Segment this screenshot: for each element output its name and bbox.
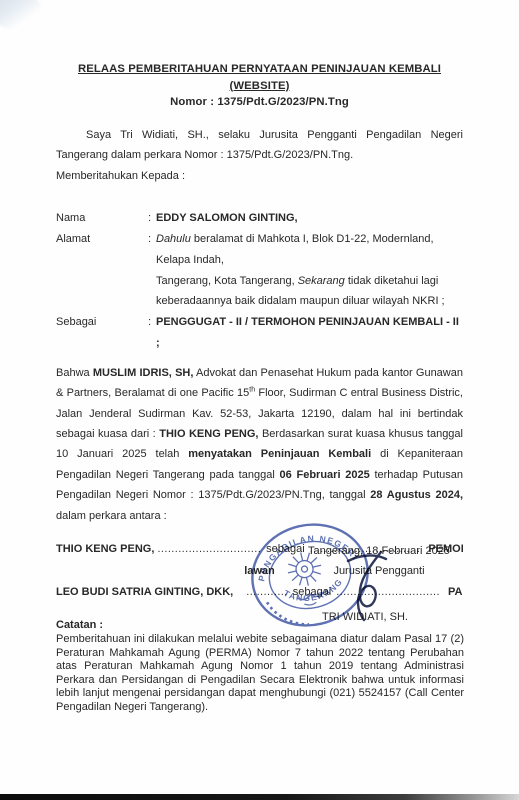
alamat-line2-rest: tidak diketahui lagi bbox=[345, 275, 439, 287]
document-title-line1: RELAAS PEMBERITAHUAN PERNYATAAN PENINJAU… bbox=[56, 61, 463, 78]
sebagai-label: Sebagai bbox=[56, 312, 148, 333]
signature-scribble bbox=[318, 548, 400, 622]
alamat-colon: : bbox=[148, 229, 156, 250]
intro-paragraph: Saya Tri Widiati, SH., selaku Jurusita P… bbox=[56, 125, 463, 166]
petitioner-name: THIO KENG PENG, bbox=[56, 543, 154, 555]
respondent-name: LEO BUDI SATRIA GINTING, DKK, bbox=[56, 586, 233, 598]
sebagai-value: PENGGUGAT - II / TERMOHON PENINJAUAN KEM… bbox=[156, 312, 463, 354]
nama-colon: : bbox=[148, 208, 156, 229]
alamat-word-sekarang: Sekarang bbox=[298, 275, 345, 287]
scan-corner-smudge bbox=[0, 0, 45, 34]
body-seg13: dalam perkara antara : bbox=[56, 510, 167, 522]
document-title-line2: (WEBSITE) bbox=[56, 78, 463, 95]
notify-line: Memberitahukan Kepada : bbox=[56, 166, 463, 187]
scanned-document-page: RELAAS PEMBERITAHUAN PERNYATAAN PENINJAU… bbox=[0, 0, 519, 800]
document-title-block: RELAAS PEMBERITAHUAN PERNYATAAN PENINJAU… bbox=[56, 0, 463, 111]
body-seg1: Bahwa bbox=[56, 367, 93, 379]
intro-section: Saya Tri Widiati, SH., selaku Jurusita P… bbox=[56, 125, 463, 187]
row-nama: Nama : EDDY SALOMON GINTING, bbox=[56, 208, 463, 229]
body-verdict-date: 28 Agustus 2024, bbox=[370, 489, 463, 501]
nama-value: EDDY SALOMON GINTING, bbox=[156, 208, 463, 229]
case-number: Nomor : 1375/Pdt.G/2023/PN.Tng bbox=[56, 94, 463, 111]
alamat-word-dahulu: Dahulu bbox=[156, 233, 191, 245]
row-alamat: Alamat : Dahulu beralamat di Mahkota I, … bbox=[56, 229, 463, 312]
scan-edge-bottom bbox=[0, 794, 519, 800]
alamat-label: Alamat bbox=[56, 229, 148, 250]
body-declaration-bold: menyatakan Peninjauan Kembali bbox=[188, 448, 371, 460]
document-content: RELAAS PEMBERITAHUAN PERNYATAAN PENINJAU… bbox=[56, 0, 463, 604]
nama-label: Nama bbox=[56, 208, 148, 229]
body-attorney-name: MUSLIM IDRIS, SH, bbox=[93, 367, 194, 379]
alamat-value: Dahulu beralamat di Mahkota I, Blok D1-2… bbox=[156, 229, 463, 312]
body-principal-name: THIO KENG PENG, bbox=[159, 428, 258, 440]
body-filing-date: 06 Februari 2025 bbox=[280, 469, 370, 481]
row-sebagai: Sebagai : PENGGUGAT - II / TERMOHON PENI… bbox=[56, 312, 463, 354]
alamat-line1-rest: beralamat di Mahkota I, Blok D1-22, Mode… bbox=[156, 233, 434, 266]
alamat-line2-pre: Tangerang, Kota Tangerang, bbox=[156, 275, 298, 287]
alamat-line3: keberadaannya baik didalam maupun diluar… bbox=[156, 295, 445, 307]
note-body: Pemberitahuan ini dilakukan melalui webi… bbox=[56, 633, 464, 714]
body-paragraph: Bahwa MUSLIM IDRIS, SH, Advokat dan Pena… bbox=[56, 363, 463, 526]
sebagai-colon: : bbox=[148, 312, 156, 333]
recipient-details: Nama : EDDY SALOMON GINTING, Alamat : Da… bbox=[56, 208, 463, 354]
